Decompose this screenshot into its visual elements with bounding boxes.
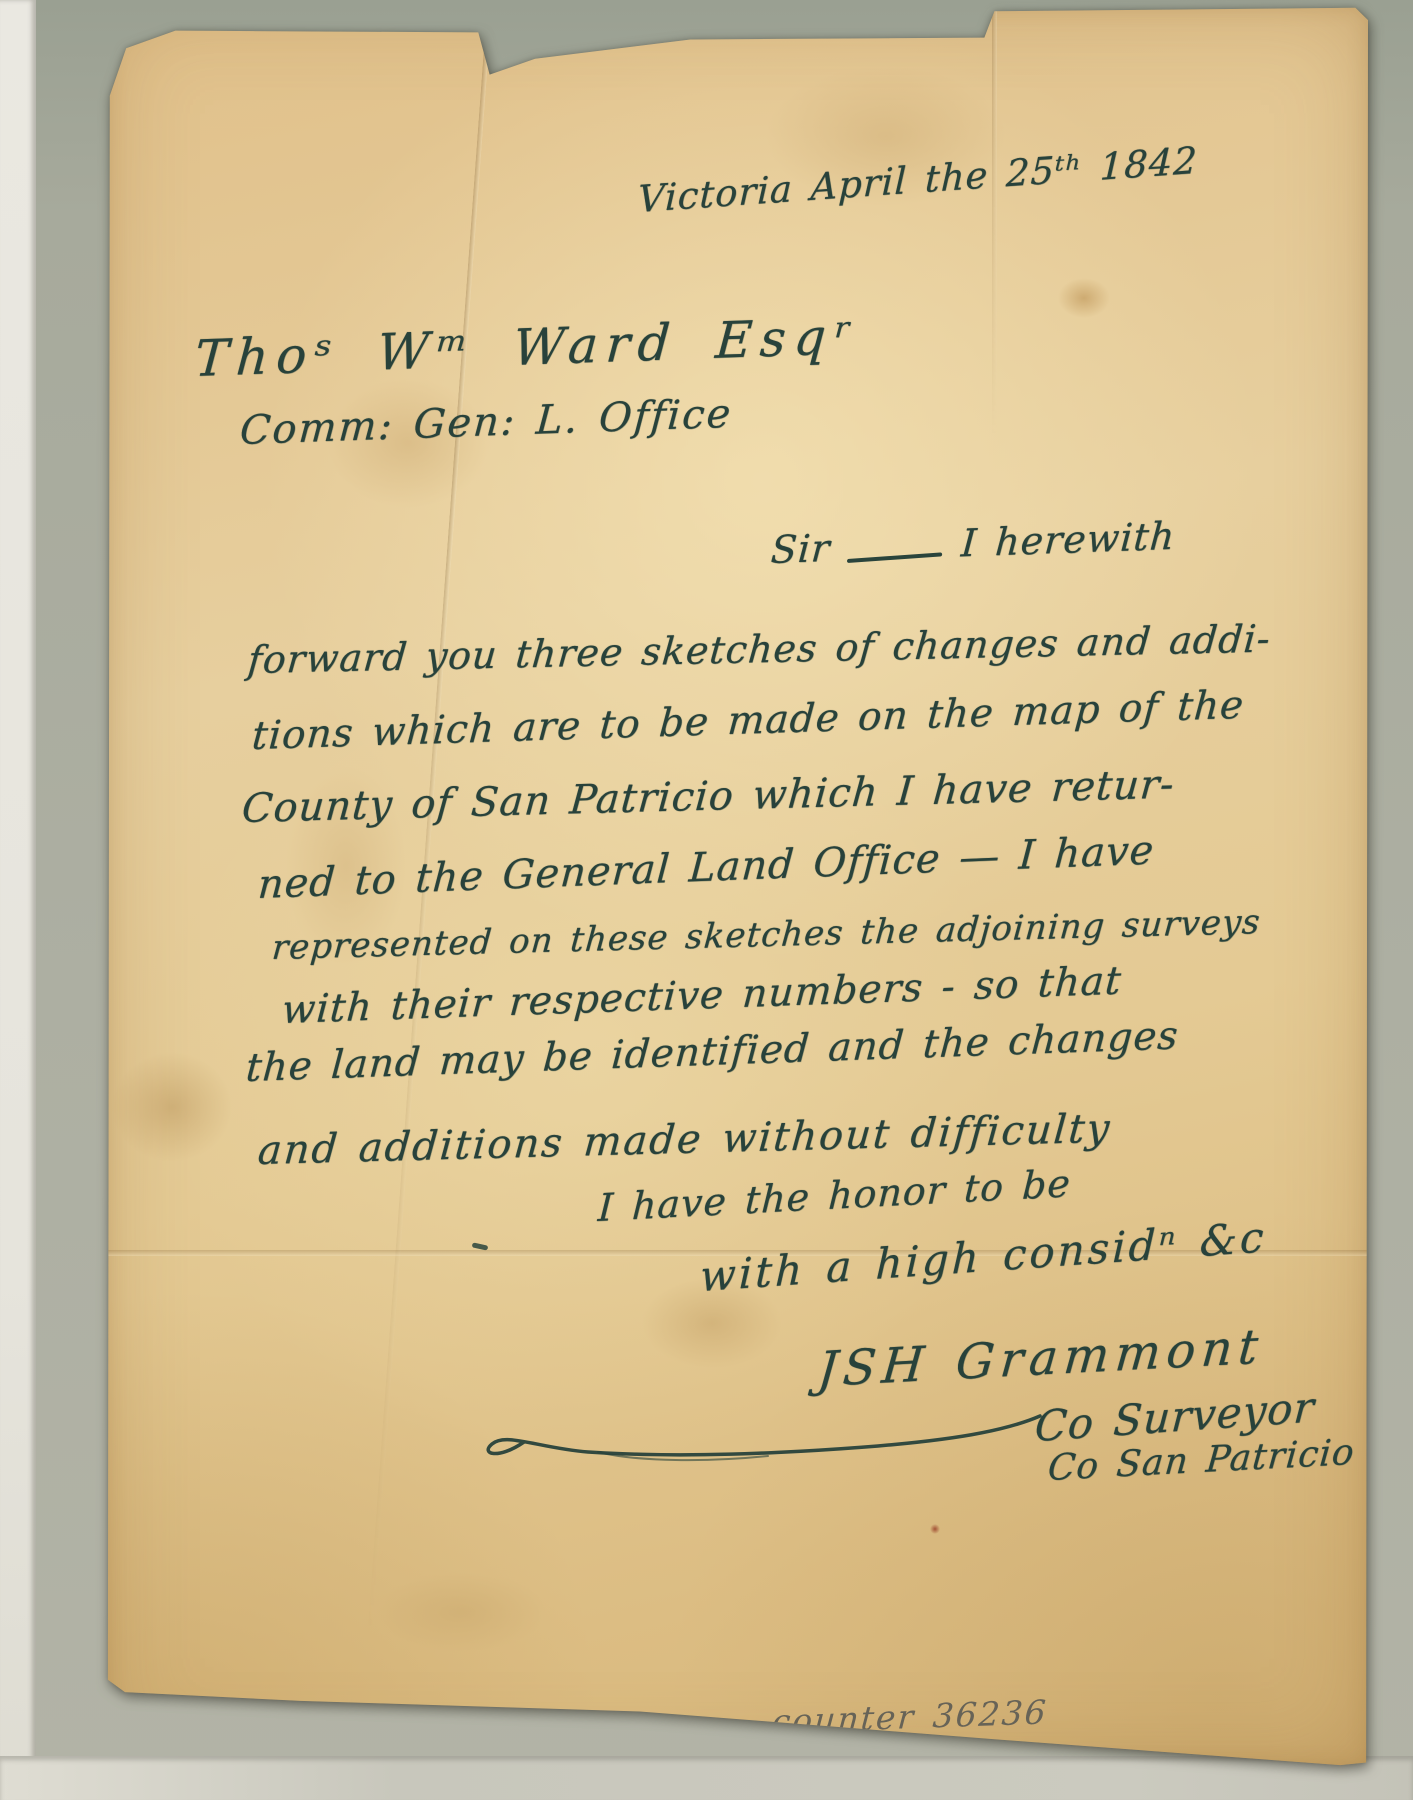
scanned-letter-scene: Victoria April the 25ᵗʰ 1842 Thoˢ Wᵐ War…: [0, 0, 1413, 1800]
salutation-word: Sir: [769, 526, 831, 572]
salutation-dash: [847, 552, 942, 563]
body-line: and additions made without difficulty: [256, 1106, 1113, 1174]
signature-name: JSH Grammont: [816, 1318, 1267, 1398]
closing-line: with a high considⁿ &c: [699, 1212, 1267, 1301]
ink-mark: [472, 1242, 489, 1250]
body-line: tions which are to be made on the map of…: [250, 683, 1245, 759]
body-line: County of San Patricio which I have retu…: [240, 762, 1176, 833]
body-line: ned to the General Land Office — I have: [256, 827, 1155, 908]
vertical-fold-crease-right: [992, 6, 997, 436]
letter-paper: Victoria April the 25ᵗʰ 1842 Thoˢ Wᵐ War…: [106, 6, 1368, 1766]
recipient-name-line: Thoˢ Wᵐ Ward Esqʳ: [193, 307, 861, 388]
archival-counter-annotation: counter 36236: [771, 1692, 1049, 1741]
body-line: forward you three sketches of changes an…: [246, 617, 1272, 683]
dateline: Victoria April the 25ᵗʰ 1842: [637, 139, 1198, 221]
closing-line: I have the honor to be: [597, 1161, 1072, 1230]
letter-paper-wrap: Victoria April the 25ᵗʰ 1842 Thoˢ Wᵐ War…: [0, 0, 1413, 1800]
recipient-office-line: Comm: Gen: L. Office: [238, 391, 734, 454]
salutation-line: Sir I herewith: [769, 514, 1176, 572]
salutation-continuation: I herewith: [960, 514, 1177, 566]
signature-flourish: [478, 1408, 1048, 1470]
